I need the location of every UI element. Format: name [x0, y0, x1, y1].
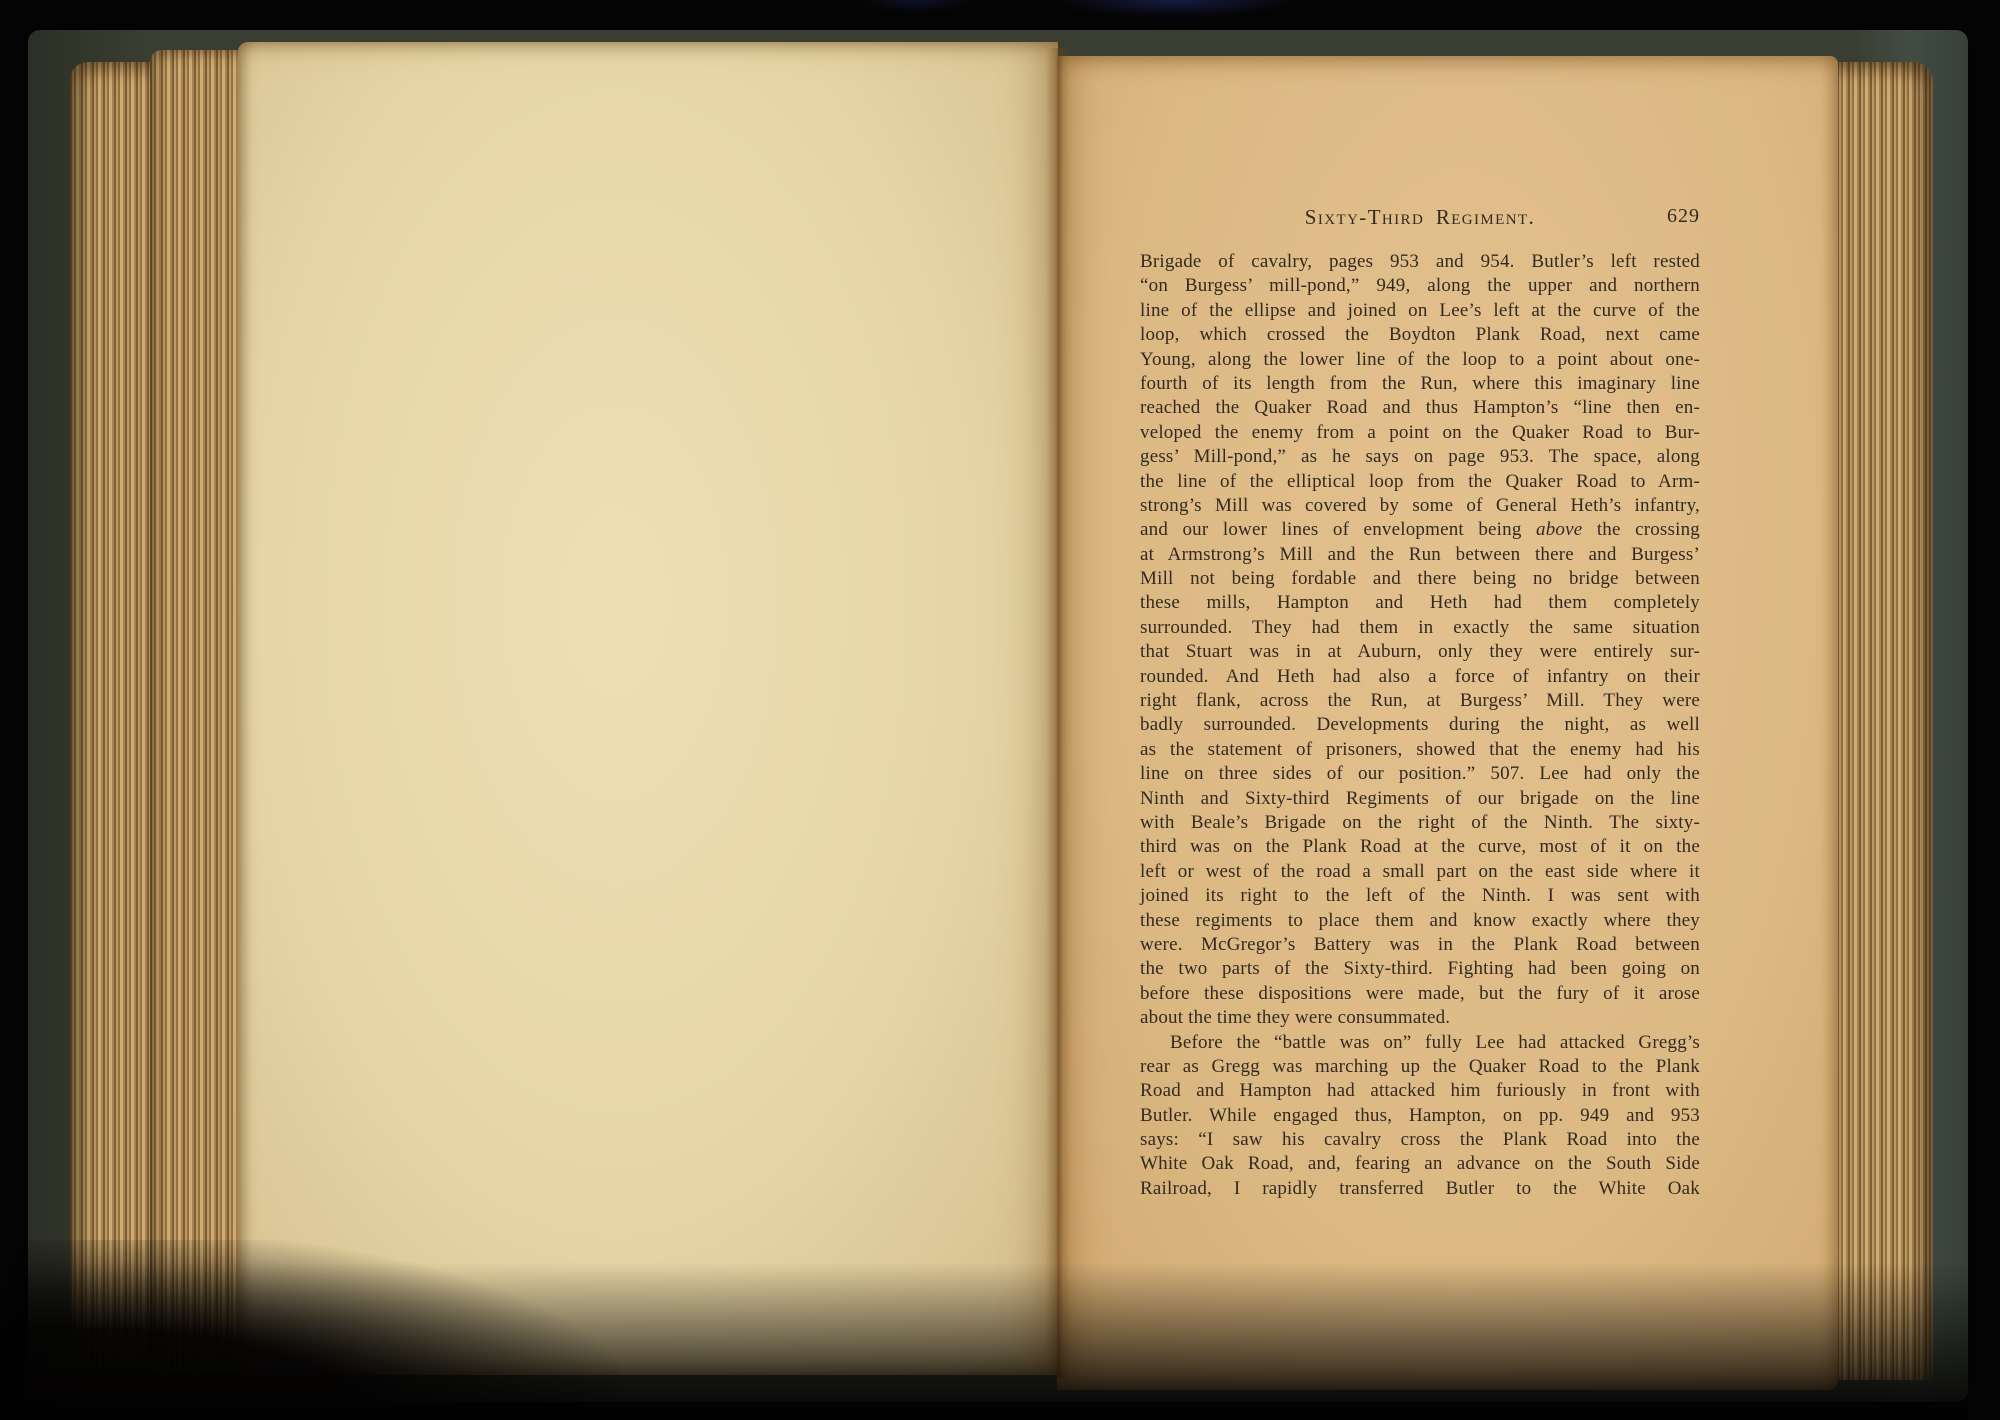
text-line: about the time they were consummated.	[1140, 1006, 1700, 1030]
text-line: says: “I saw his cavalry cross the Plank…	[1140, 1128, 1700, 1152]
right-page-edges	[1837, 62, 1933, 1380]
book-photo-scene: Sixty-Third Regiment. 629 Brigade of cav…	[0, 0, 2000, 1420]
bottom-shadow	[28, 1262, 1968, 1420]
text-line: these regiments to place them and know e…	[1140, 909, 1700, 933]
text-line: line on three sides of our position.” 50…	[1140, 762, 1700, 786]
page-text: Brigade of cavalry, pages 953 and 954. B…	[1140, 250, 1700, 1201]
text-line: Brigade of cavalry, pages 953 and 954. B…	[1140, 250, 1700, 274]
right-page: Sixty-Third Regiment. 629 Brigade of cav…	[1057, 56, 1838, 1390]
text-line: Railroad, I rapidly transferred Butler t…	[1140, 1177, 1700, 1201]
text-line: as the statement of prisoners, showed th…	[1140, 738, 1700, 762]
book-gutter-crease	[1046, 48, 1070, 1378]
text-line: Mill not being fordable and there being …	[1140, 567, 1700, 591]
text-line: and our lower lines of envelopment being…	[1140, 518, 1700, 542]
text-line: “on Burgess’ mill-pond,” 949, along the …	[1140, 274, 1700, 298]
scanner-glow-mark-small	[862, 0, 972, 13]
text-line: gess’ Mill-pond,” as he says on page 953…	[1140, 445, 1700, 469]
text-line: at Armstrong’s Mill and the Run between …	[1140, 543, 1700, 567]
text-line: White Oak Road, and, fearing an advance …	[1140, 1152, 1700, 1176]
text-line: these mills, Hampton and Heth had them c…	[1140, 591, 1700, 615]
page-number: 629	[1667, 205, 1700, 228]
text-line: loop, which crossed the Boydton Plank Ro…	[1140, 323, 1700, 347]
text-line: line of the ellipse and joined on Lee’s …	[1140, 299, 1700, 323]
text-line: strong’s Mill was covered by some of Gen…	[1140, 494, 1700, 518]
running-head-title: Sixty-Third Regiment.	[1305, 205, 1535, 229]
text-line: that Stuart was in at Auburn, only they …	[1140, 640, 1700, 664]
text-line: Ninth and Sixty-third Regiments of our b…	[1140, 787, 1700, 811]
text-line: joined its right to the left of the Nint…	[1140, 884, 1700, 908]
text-line: Butler. While engaged thus, Hampton, on …	[1140, 1104, 1700, 1128]
text-line: rounded. And Heth had also a force of in…	[1140, 665, 1700, 689]
text-line: badly surrounded. Developments during th…	[1140, 713, 1700, 737]
text-line: the two parts of the Sixty-third. Fighti…	[1140, 957, 1700, 981]
text-line: the line of the elliptical loop from the…	[1140, 470, 1700, 494]
scanner-glow-mark	[1055, 0, 1295, 18]
text-line: Young, along the lower line of the loop …	[1140, 348, 1700, 372]
text-line: fourth of its length from the Run, where…	[1140, 372, 1700, 396]
left-page-edges-inner	[150, 50, 242, 1372]
text-line: before these dispositions were made, but…	[1140, 982, 1700, 1006]
text-line: left or west of the road a small part on…	[1140, 860, 1700, 884]
text-line: rear as Gregg was marching up the Quaker…	[1140, 1055, 1700, 1079]
running-head: Sixty-Third Regiment. 629	[1140, 205, 1700, 231]
text-line: with Beale’s Brigade on the right of the…	[1140, 811, 1700, 835]
text-line: third was on the Plank Road at the curve…	[1140, 835, 1700, 859]
text-line: were. McGregor’s Battery was in the Plan…	[1140, 933, 1700, 957]
text-line: Before the “battle was on” fully Lee had…	[1140, 1031, 1700, 1055]
text-line: Road and Hampton had attacked him furiou…	[1140, 1079, 1700, 1103]
left-blank-page	[238, 42, 1058, 1375]
text-line: reached the Quaker Road and thus Hampton…	[1140, 396, 1700, 420]
text-line: surrounded. They had them in exactly the…	[1140, 616, 1700, 640]
text-line: right flank, across the Run, at Burgess’…	[1140, 689, 1700, 713]
text-line: veloped the enemy from a point on the Qu…	[1140, 421, 1700, 445]
